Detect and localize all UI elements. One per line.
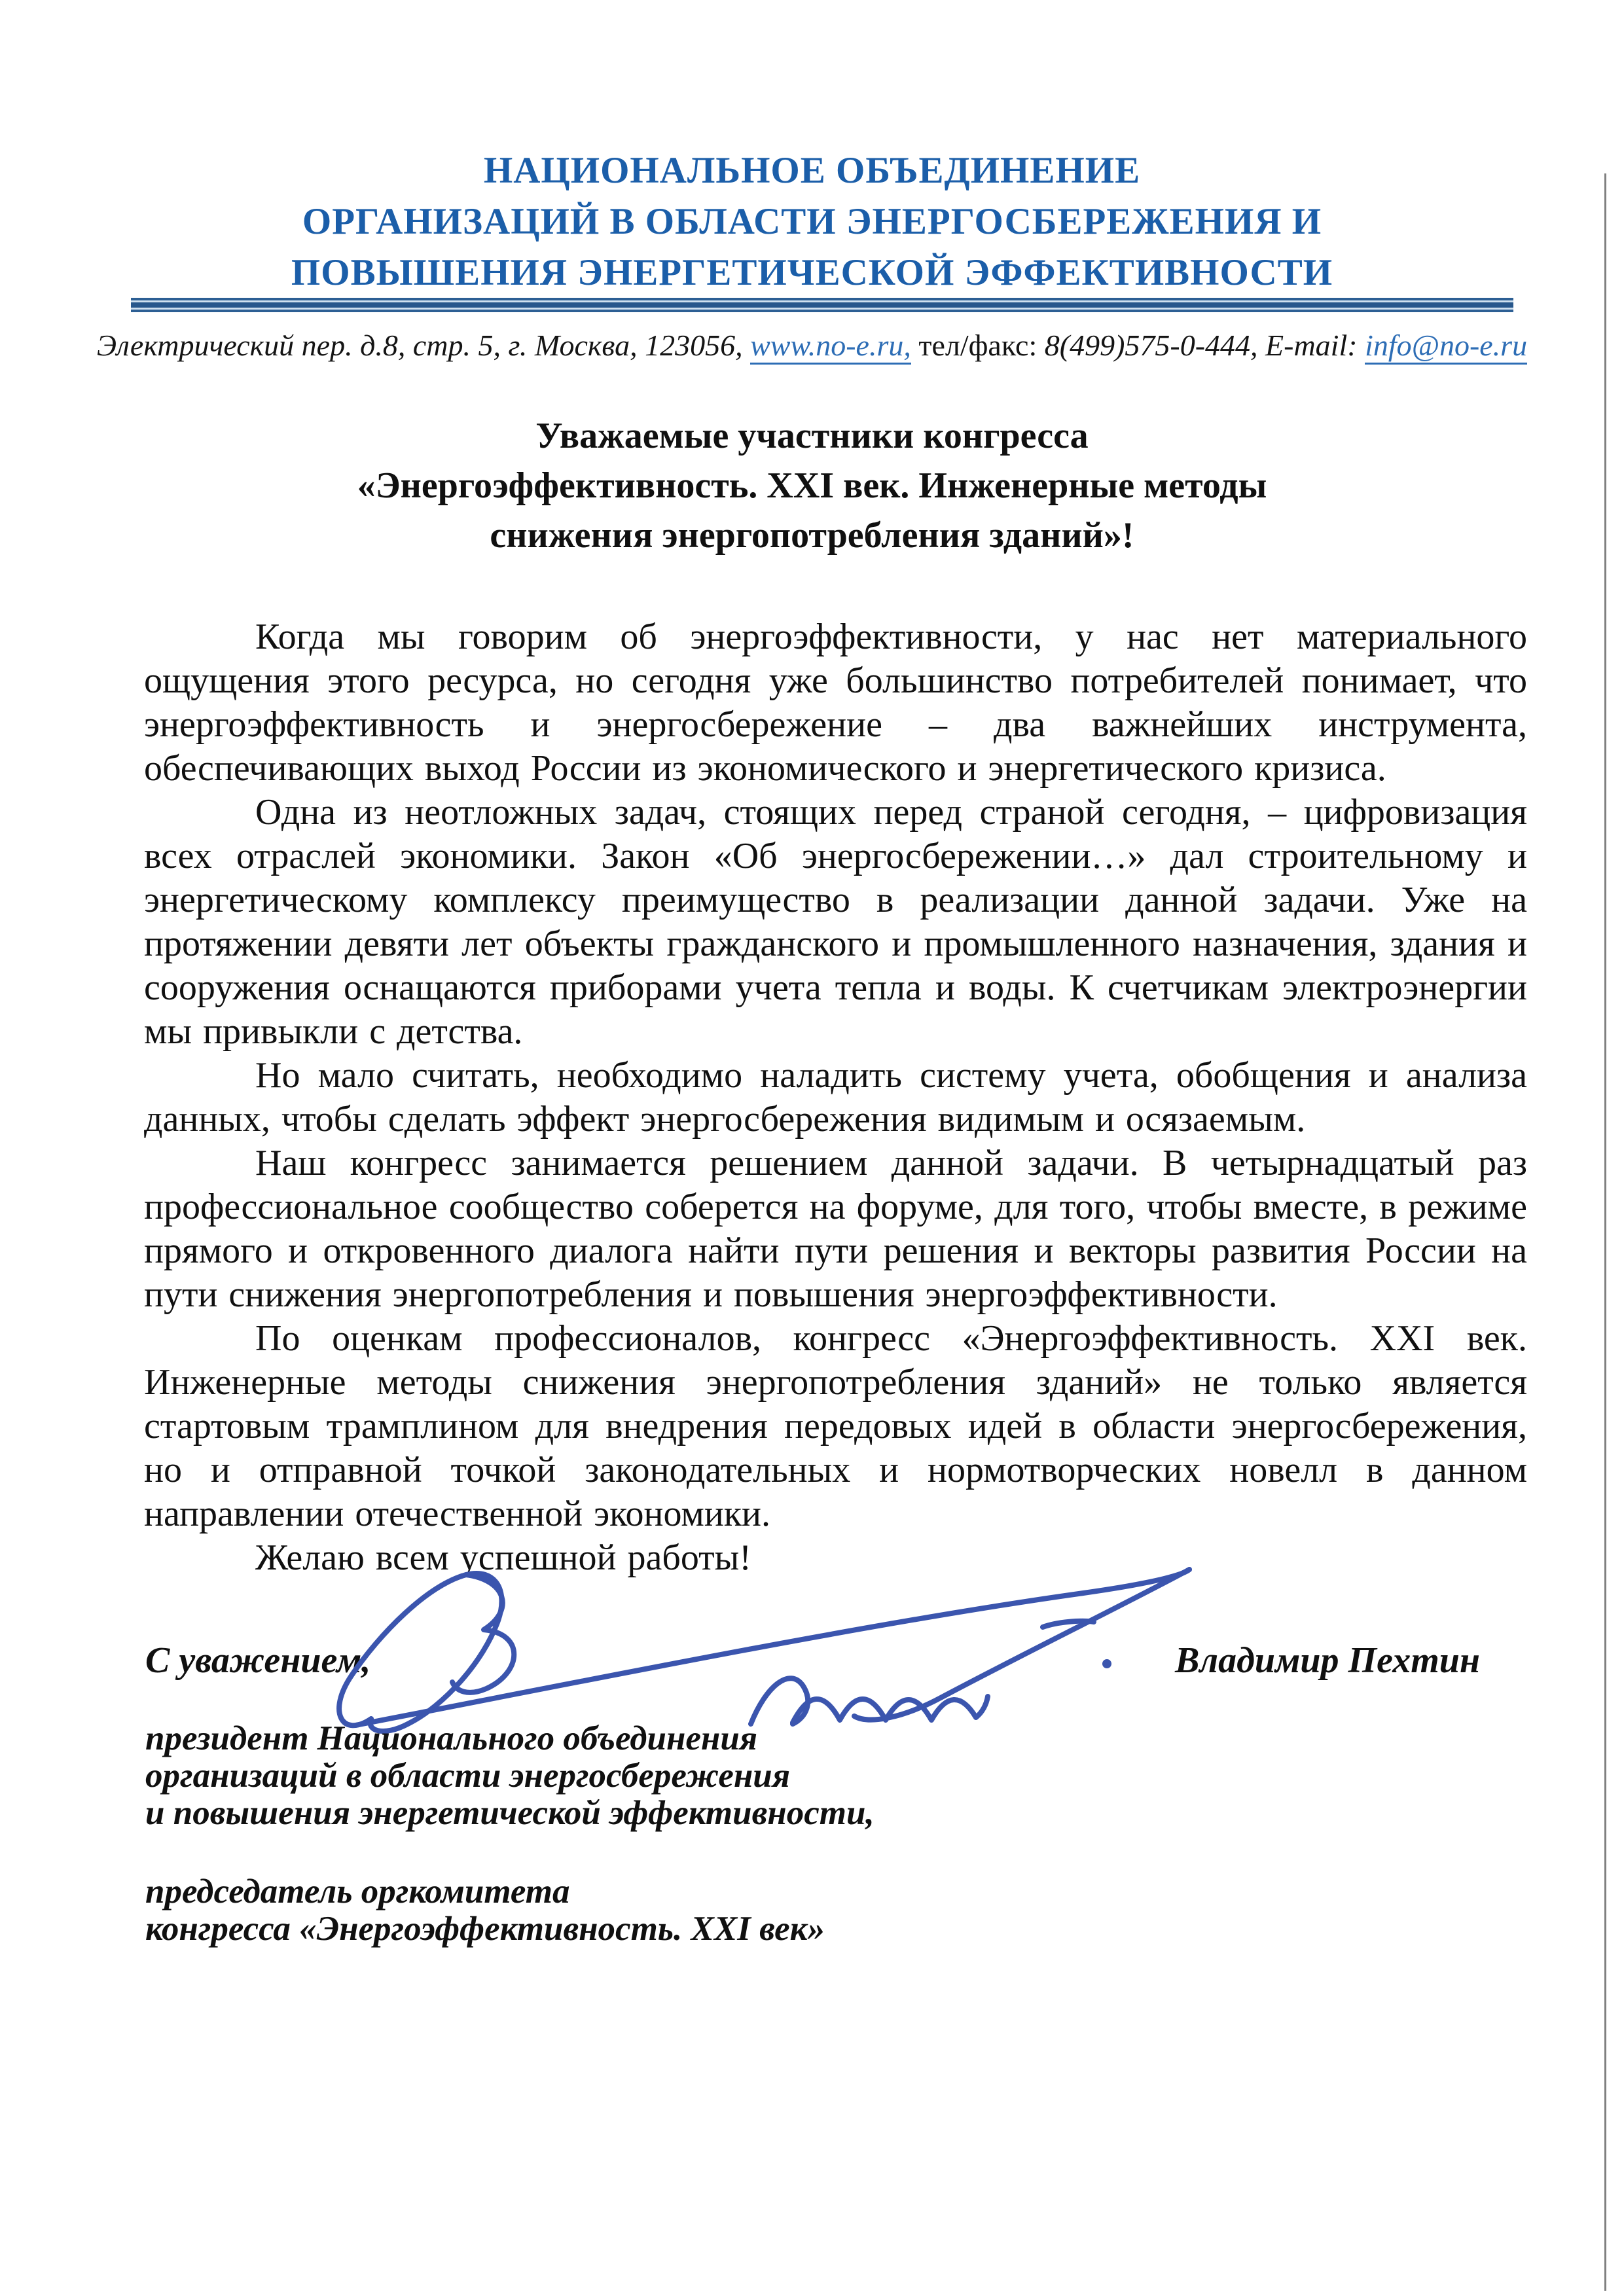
scan-edge-artifact	[1604, 173, 1606, 2291]
signer-titles-bottom: председатель оргкомитета конгресса «Энер…	[145, 1873, 825, 1948]
signer-title-line: организаций в области энергосбережения	[145, 1757, 875, 1795]
signer-title-line: президент Национального объединения	[145, 1720, 875, 1757]
website-link[interactable]: www.no-e.ru,	[750, 329, 911, 365]
body-paragraph: Когда мы говорим об энергоэффективности,…	[144, 615, 1527, 791]
org-title: НАЦИОНАЛЬНОЕ ОБЪЕДИНЕНИЕ ОРГАНИЗАЦИЙ В О…	[0, 145, 1624, 298]
salutation-line-1: Уважаемые участники конгресса	[0, 411, 1624, 461]
org-title-line-2: ОРГАНИЗАЦИЙ В ОБЛАСТИ ЭНЕРГОСБЕРЕЖЕНИЯ И	[0, 196, 1624, 247]
body-paragraph: Одна из неотложных задач, стоящих перед …	[144, 791, 1527, 1054]
email-link[interactable]: info@no-e.ru	[1365, 329, 1527, 365]
signer-titles-top: президент Национального объединения орга…	[145, 1720, 875, 1832]
signer-title-line: и повышения энергетической эффективности…	[145, 1795, 875, 1832]
phone-number: 8(499)575-0-444, E-mail:	[1045, 329, 1365, 362]
letter-body: Когда мы говорим об энергоэффективности,…	[144, 615, 1527, 1580]
letter-page: НАЦИОНАЛЬНОЕ ОБЪЕДИНЕНИЕ ОРГАНИЗАЦИЙ В О…	[0, 0, 1624, 2296]
signer-title-line: председатель оргкомитета	[145, 1873, 825, 1910]
org-title-line-1: НАЦИОНАЛЬНОЕ ОБЪЕДИНЕНИЕ	[0, 145, 1624, 196]
signer-name: Владимир Пехтин	[1175, 1640, 1480, 1681]
phone-label: тел/факс:	[911, 329, 1045, 362]
salutation-line-2: «Энергоэффективность. XXI век. Инженерны…	[0, 461, 1624, 511]
body-paragraph: Но мало считать, необходимо наладить сис…	[144, 1054, 1527, 1141]
body-paragraph: Наш конгресс занимается решением данной …	[144, 1141, 1527, 1317]
salutation: Уважаемые участники конгресса «Энергоэфф…	[0, 411, 1624, 560]
org-title-line-3: ПОВЫШЕНИЯ ЭНЕРГЕТИЧЕСКОЙ ЭФФЕКТИВНОСТИ	[0, 247, 1624, 298]
body-paragraph: По оценкам профессионалов, конгресс «Эне…	[144, 1317, 1527, 1536]
header-rule-divider	[131, 298, 1513, 313]
contact-line: Электрический пер. д.8, стр. 5, г. Москв…	[0, 326, 1624, 365]
salutation-line-3: снижения энергопотребления зданий»!	[0, 511, 1624, 560]
handwritten-signature	[331, 1556, 1201, 1743]
address-text: Электрический пер. д.8, стр. 5, г. Москв…	[97, 329, 750, 362]
signer-title-line: конгресса «Энергоэффективность. XXI век»	[145, 1910, 825, 1948]
